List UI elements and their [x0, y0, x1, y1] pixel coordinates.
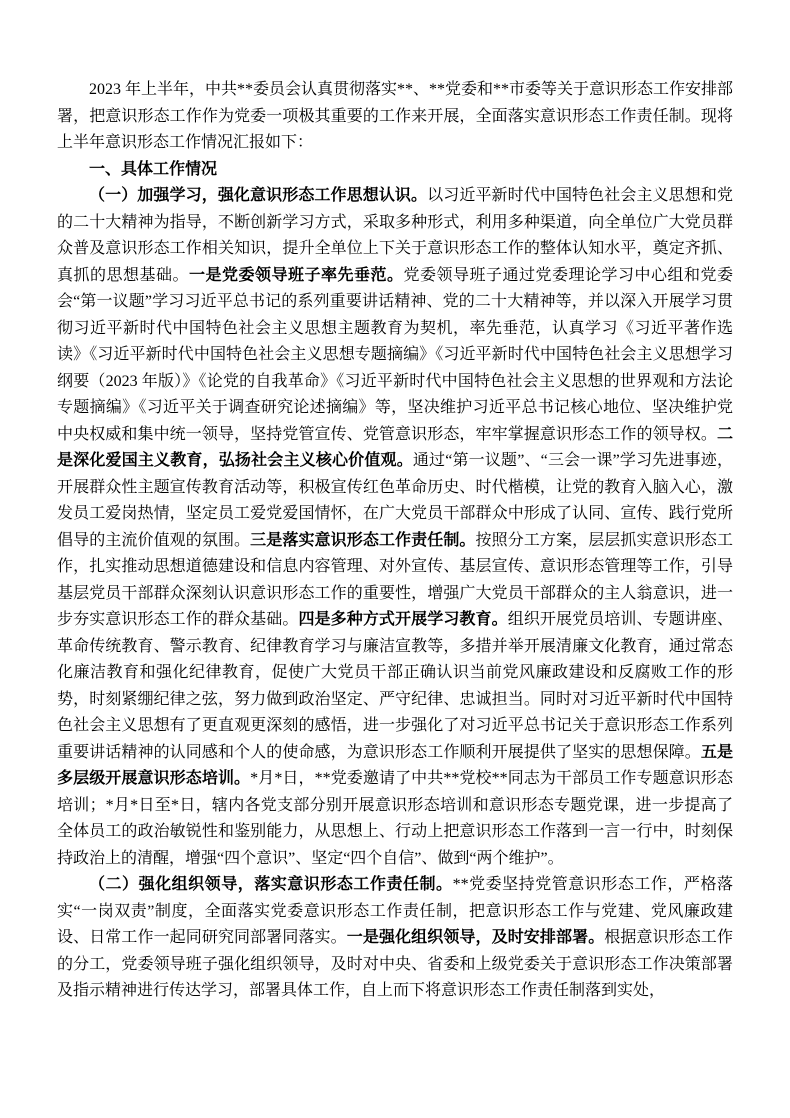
section-heading: 一、具体工作情况	[57, 157, 733, 184]
text-run: 2023 年上半年，中共**委员会认真贯彻落实**、**党委和**市委等关于意识…	[57, 81, 733, 151]
bold-text-run: （一）加强学习，强化意识形态工作思想认识。	[89, 187, 427, 204]
paragraph: （二）强化组织领导，落实意识形态工作责任制。**党委坚持党管意识形态工作，严格落…	[57, 872, 733, 1005]
bold-text-run: 三是落实意识形态工作责任制。	[250, 532, 475, 549]
bold-text-run: 四是多种方式开展学习教育。	[298, 611, 507, 628]
bold-text-run: 一是强化组织领导，及时安排部署。	[347, 929, 605, 946]
bold-text-run: 一是党委领导班子率先垂范。	[189, 267, 404, 284]
bold-text-run: （二）强化组织领导，落实意识形态工作责任制。	[89, 876, 453, 893]
document-page: 2023 年上半年，中共**委员会认真贯彻落实**、**党委和**市委等关于意识…	[0, 0, 790, 1118]
paragraph: 2023 年上半年，中共**委员会认真贯彻落实**、**党委和**市委等关于意识…	[57, 77, 733, 157]
bold-text-run: 一、具体工作情况	[89, 161, 217, 178]
text-run: 组织开展党员培训、专题讲座、革命传统教育、警示教育、纪律教育学习与廉洁宣教等，多…	[57, 611, 733, 761]
text-run: 党委领导班子通过党委理论学习中心组和党委会“第一议题”学习习近平总书记的系列重要…	[57, 267, 733, 443]
paragraph: （一）加强学习，强化意识形态工作思想认识。以习近平新时代中国特色社会主义思想和党…	[57, 183, 733, 872]
